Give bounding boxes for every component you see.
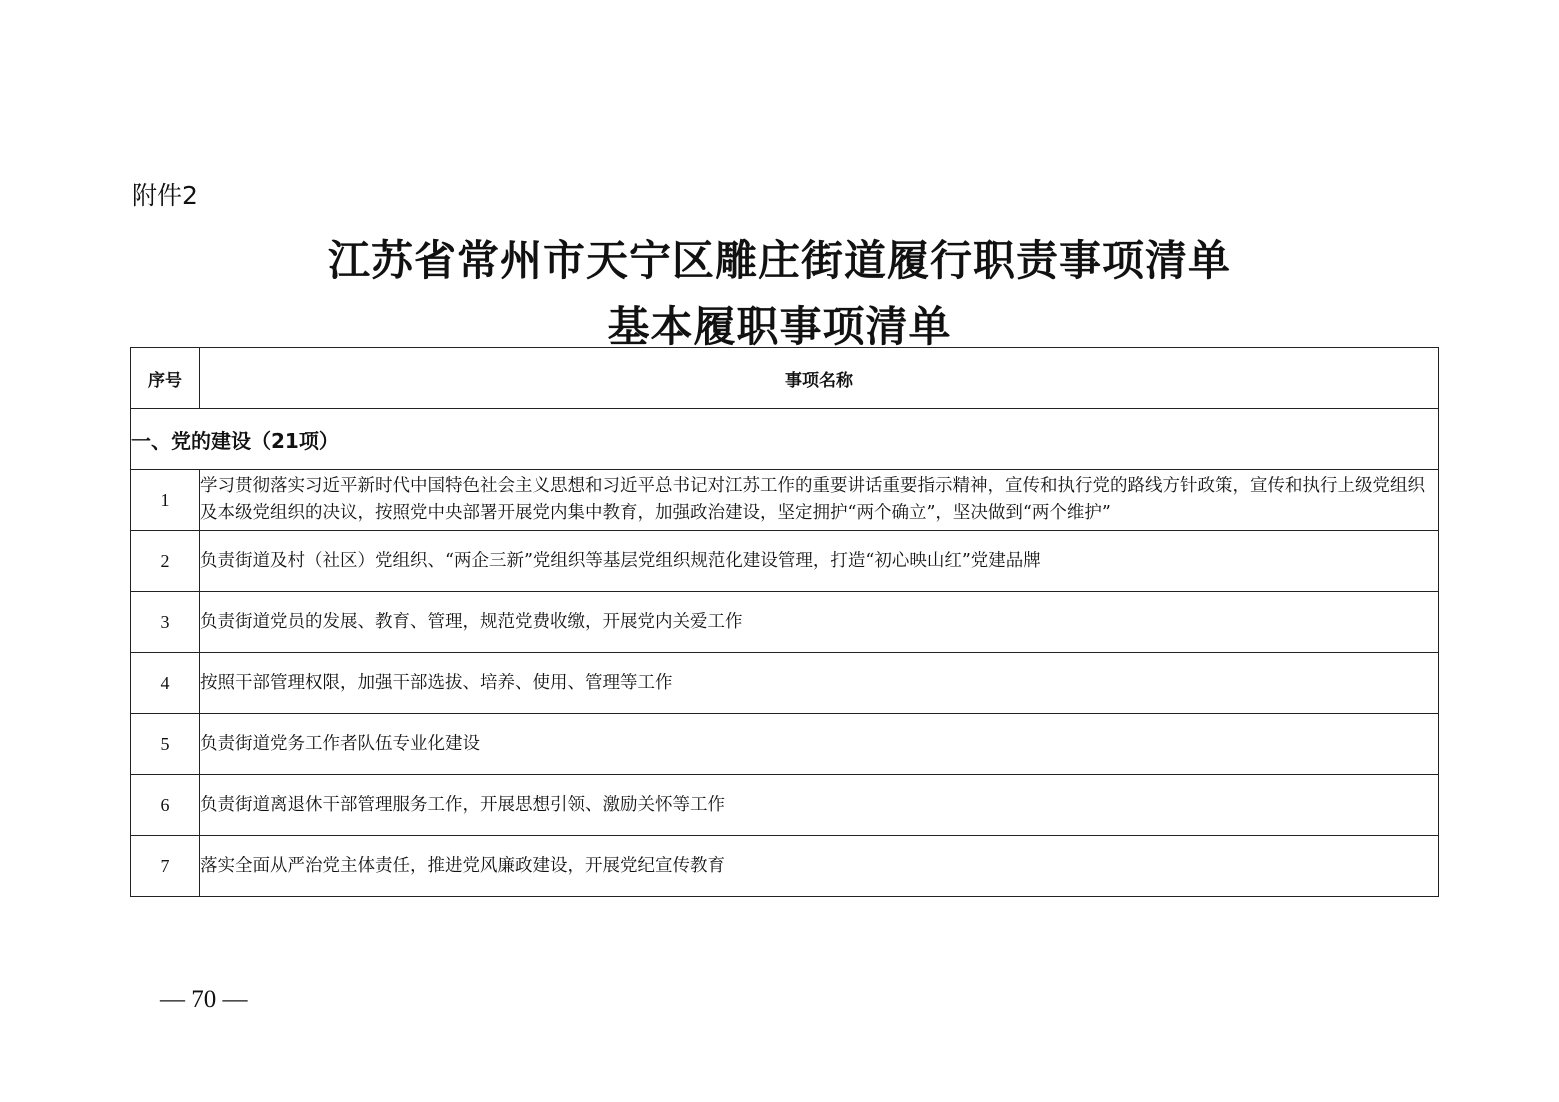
row-number: 7 xyxy=(131,836,200,897)
column-header-no: 序号 xyxy=(131,348,200,409)
duties-table: 序号 事项名称 一、党的建设（21项） 1 学习贯彻落实习近平新时代中国特色社会… xyxy=(130,347,1439,897)
row-item-name: 负责街道离退休干部管理服务工作，开展思想引领、激励关怀等工作 xyxy=(200,775,1439,836)
row-number: 6 xyxy=(131,775,200,836)
attachment-label: 附件2 xyxy=(132,176,198,212)
row-item-name: 学习贯彻落实习近平新时代中国特色社会主义思想和习近平总书记对江苏工作的重要讲话重… xyxy=(200,470,1439,531)
table-row: 3 负责街道党员的发展、教育、管理，规范党费收缴，开展党内关爱工作 xyxy=(131,592,1439,653)
table-row: 4 按照干部管理权限，加强干部选拔、培养、使用、管理等工作 xyxy=(131,653,1439,714)
row-number: 5 xyxy=(131,714,200,775)
section-row: 一、党的建设（21项） xyxy=(131,409,1439,470)
table-row: 6 负责街道离退休干部管理服务工作，开展思想引领、激励关怀等工作 xyxy=(131,775,1439,836)
table-row: 2 负责街道及村（社区）党组织、“两企三新”党组织等基层党组织规范化建设管理，打… xyxy=(131,531,1439,592)
table-header-row: 序号 事项名称 xyxy=(131,348,1439,409)
row-number: 2 xyxy=(131,531,200,592)
document-title: 江苏省常州市天宁区雕庄街道履行职责事项清单 xyxy=(0,228,1559,288)
document-subtitle: 基本履职事项清单 xyxy=(0,294,1559,354)
row-number: 1 xyxy=(131,470,200,531)
section-label: 一、党的建设（21项） xyxy=(131,409,1439,470)
row-number: 4 xyxy=(131,653,200,714)
table-row: 7 落实全面从严治党主体责任，推进党风廉政建设，开展党纪宣传教育 xyxy=(131,836,1439,897)
row-item-name: 落实全面从严治党主体责任，推进党风廉政建设，开展党纪宣传教育 xyxy=(200,836,1439,897)
page-number: — 70 — xyxy=(160,986,248,1014)
table-row: 1 学习贯彻落实习近平新时代中国特色社会主义思想和习近平总书记对江苏工作的重要讲… xyxy=(131,470,1439,531)
row-item-name: 按照干部管理权限，加强干部选拔、培养、使用、管理等工作 xyxy=(200,653,1439,714)
row-item-name: 负责街道及村（社区）党组织、“两企三新”党组织等基层党组织规范化建设管理，打造“… xyxy=(200,531,1439,592)
column-header-name: 事项名称 xyxy=(200,348,1439,409)
table-row: 5 负责街道党务工作者队伍专业化建设 xyxy=(131,714,1439,775)
row-item-name: 负责街道党员的发展、教育、管理，规范党费收缴，开展党内关爱工作 xyxy=(200,592,1439,653)
row-number: 3 xyxy=(131,592,200,653)
row-item-name: 负责街道党务工作者队伍专业化建设 xyxy=(200,714,1439,775)
